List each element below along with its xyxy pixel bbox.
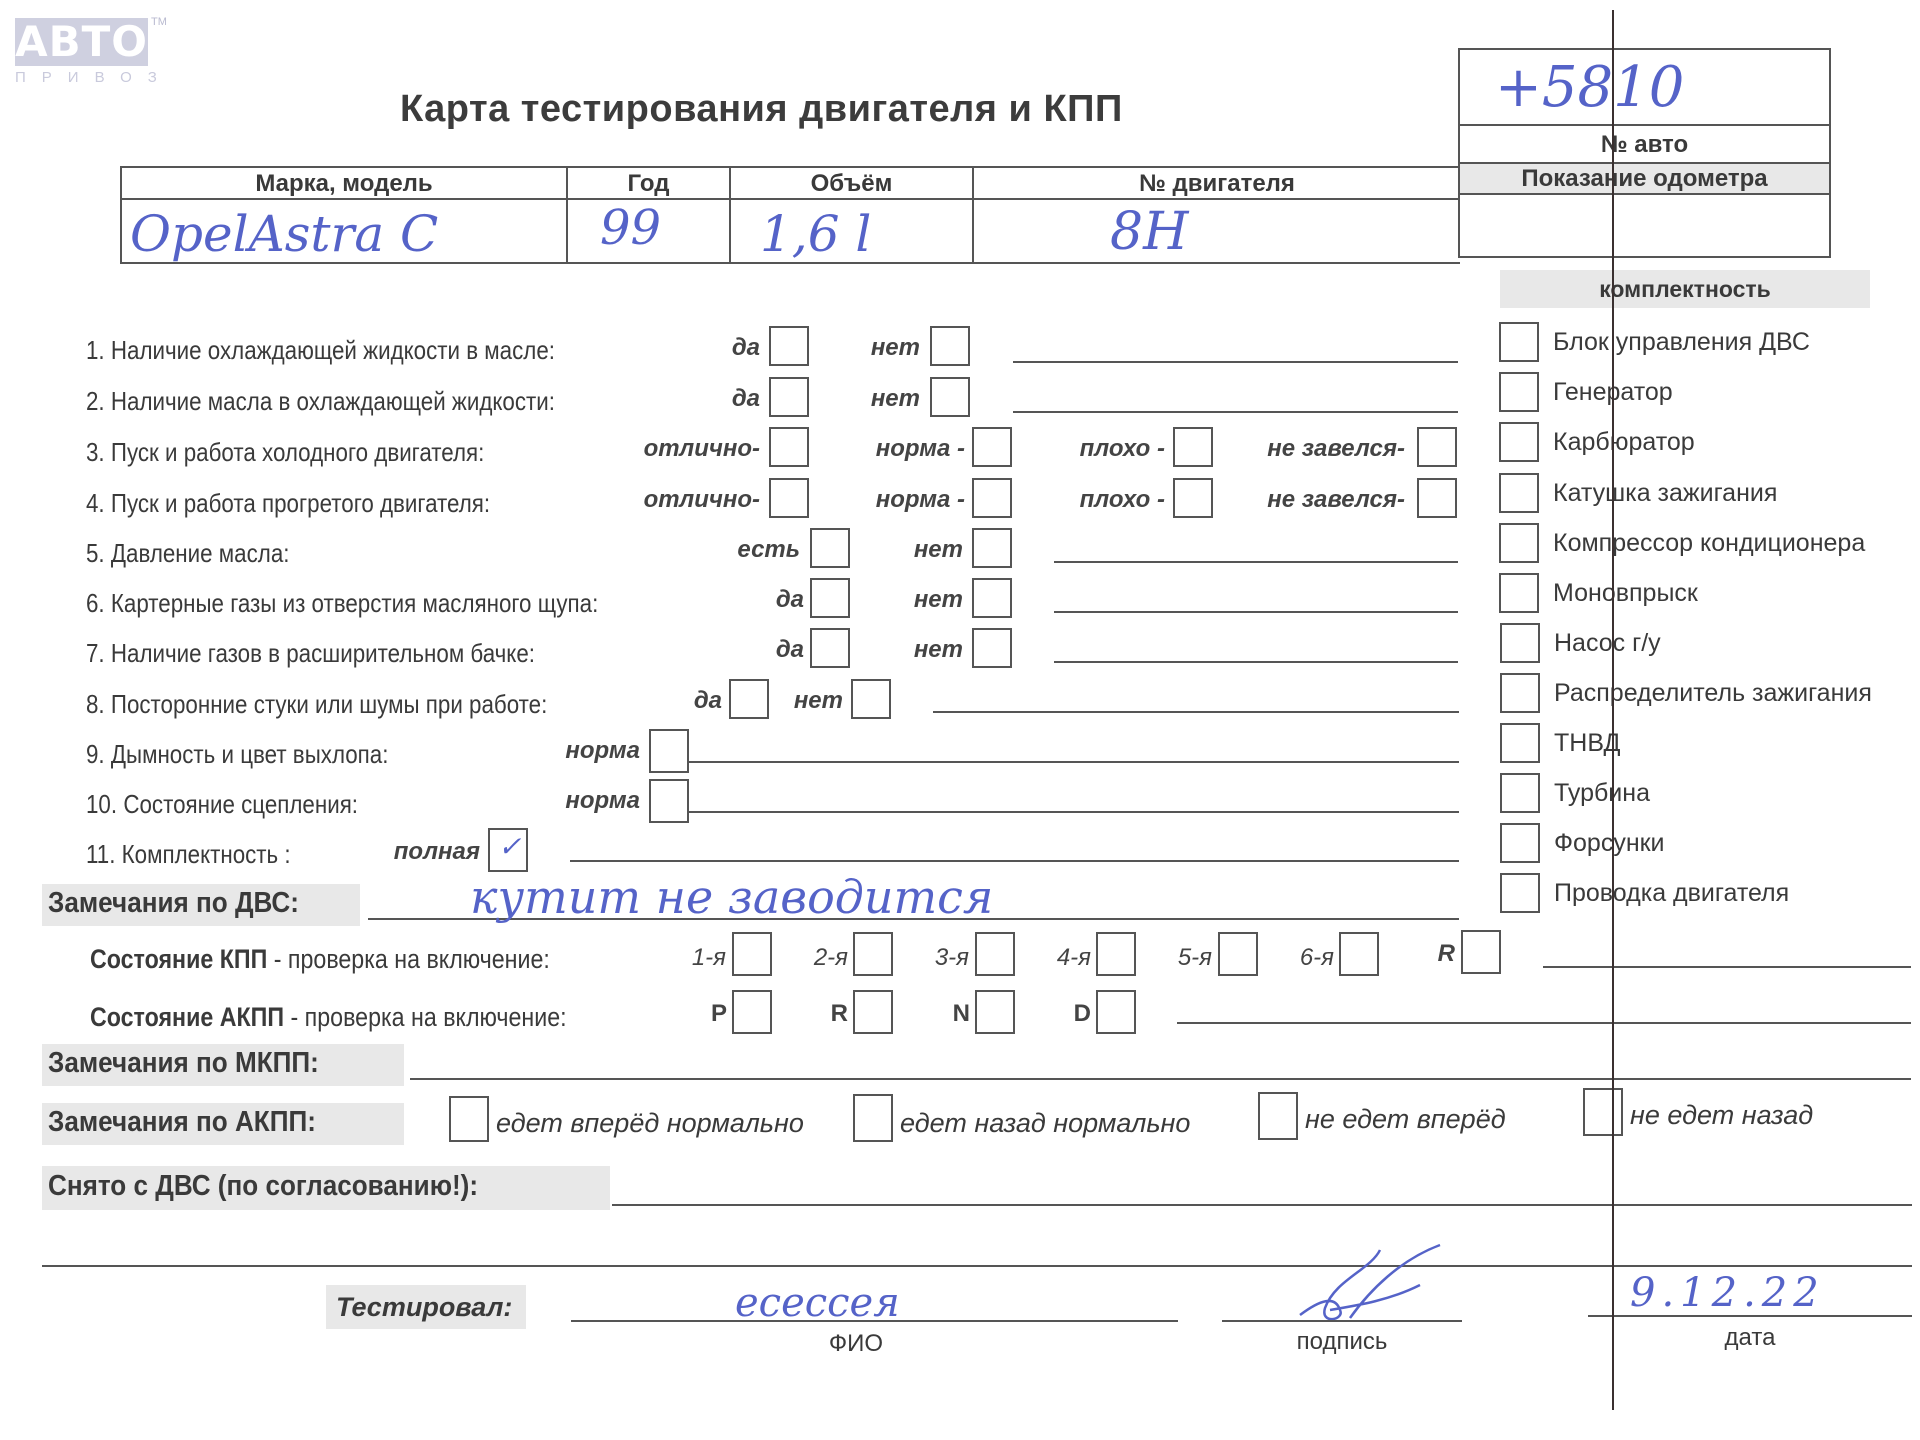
not-backward-checkbox[interactable] bbox=[1583, 1088, 1623, 1136]
completeness-item-turbine: Турбина bbox=[1554, 779, 1650, 808]
mode-d-checkbox[interactable] bbox=[1096, 990, 1136, 1034]
remarks-dvs-label: Замечания по ДВС: bbox=[48, 887, 299, 920]
question-8: 8. Посторонние стуки или шумы при работе… bbox=[86, 689, 547, 720]
engine-number-field[interactable]: 8H bbox=[1110, 202, 1188, 262]
q11-full-label: полная bbox=[370, 838, 480, 866]
completeness-checkbox-engine-wiring[interactable] bbox=[1500, 873, 1540, 913]
gear-r-checkbox[interactable] bbox=[1461, 930, 1501, 974]
q8-yes-label: да bbox=[660, 687, 722, 715]
logo: АВТО bbox=[15, 18, 148, 66]
completeness-header: комплектность bbox=[1500, 276, 1870, 303]
drives-forward-ok-label: едет вперёд нормально bbox=[496, 1108, 804, 1139]
date-field[interactable]: 9.12.22 bbox=[1630, 1270, 1825, 1316]
completeness-item-carburetor: Карбюратор bbox=[1553, 428, 1695, 457]
question-1: 1. Наличие охлаждающей жидкости в масле: bbox=[86, 335, 555, 366]
q5-no-checkbox[interactable] bbox=[972, 528, 1012, 568]
q5-notes-line[interactable] bbox=[1054, 561, 1458, 563]
question-10: 10. Состояние сцепления: bbox=[86, 789, 358, 820]
q1-notes-line[interactable] bbox=[1013, 361, 1458, 363]
name-caption: ФИО bbox=[571, 1330, 1141, 1358]
q1-option-no-label: нет bbox=[840, 334, 920, 362]
q6-yes-checkbox[interactable] bbox=[810, 578, 850, 618]
q1-yes-checkbox[interactable] bbox=[769, 326, 809, 366]
q9-normal-label: норма bbox=[540, 737, 640, 765]
q5-no-label: нет bbox=[880, 536, 963, 564]
q3-bad-label: плохо - bbox=[1040, 435, 1165, 463]
completeness-checkbox-power-steering-pump[interactable] bbox=[1500, 623, 1540, 663]
completeness-checkbox-carburetor[interactable] bbox=[1499, 422, 1539, 462]
question-4: 4. Пуск и работа прогретого двигателя: bbox=[86, 488, 490, 519]
mode-n-checkbox[interactable] bbox=[975, 990, 1015, 1034]
remarks-akpp-label: Замечания по АКПП: bbox=[48, 1106, 316, 1139]
q6-no-label: нет bbox=[880, 586, 963, 614]
q3-bad-checkbox[interactable] bbox=[1173, 427, 1213, 467]
q8-notes-line[interactable] bbox=[933, 711, 1459, 713]
mode-p-checkbox[interactable] bbox=[732, 990, 772, 1034]
completeness-item-fuel-pump: ТНВД bbox=[1554, 729, 1620, 758]
q6-yes-label: да bbox=[720, 586, 804, 614]
q7-yes-checkbox[interactable] bbox=[810, 628, 850, 668]
fold-line bbox=[1612, 10, 1614, 1410]
not-forward-checkbox[interactable] bbox=[1258, 1092, 1298, 1140]
q2-option-no-label: нет bbox=[840, 385, 920, 413]
odometer-label: Показание одометра bbox=[1460, 165, 1829, 193]
completeness-item-power-steering-pump: Насос г/у bbox=[1554, 629, 1661, 658]
drives-backward-ok-checkbox[interactable] bbox=[853, 1094, 893, 1142]
gear-2-checkbox[interactable] bbox=[853, 932, 893, 976]
mode-r-checkbox[interactable] bbox=[853, 990, 893, 1034]
odometer-field[interactable] bbox=[1460, 195, 1829, 256]
completeness-checkbox-mono-injection[interactable] bbox=[1499, 573, 1539, 613]
header-year: Год bbox=[568, 170, 729, 198]
q3-not-started-label: не завелся- bbox=[1240, 435, 1405, 463]
gear-6-label: 6-я bbox=[1284, 944, 1334, 972]
completeness-item-ac-compressor: Компрессор кондиционера bbox=[1553, 529, 1865, 558]
q8-yes-checkbox[interactable] bbox=[729, 679, 769, 719]
remarks-mkpp-label: Замечания по МКПП: bbox=[48, 1047, 319, 1080]
question-3: 3. Пуск и работа холодного двигателя: bbox=[86, 437, 484, 468]
completeness-checkbox-turbine[interactable] bbox=[1500, 773, 1540, 813]
volume-field[interactable]: 1,6 l bbox=[760, 205, 871, 263]
completeness-item-mono-injection: Моновпрыск bbox=[1553, 579, 1698, 608]
q4-bad-checkbox[interactable] bbox=[1173, 478, 1213, 518]
header-volume: Объём bbox=[731, 170, 972, 198]
q4-bad-label: плохо - bbox=[1040, 486, 1165, 514]
kpp-notes-line[interactable] bbox=[1543, 966, 1911, 968]
q4-normal-checkbox[interactable] bbox=[972, 478, 1012, 518]
q4-normal-label: норма - bbox=[830, 486, 965, 514]
akpp-label: Состояние АКПП - проверка на включение: bbox=[90, 1002, 567, 1033]
q6-notes-line[interactable] bbox=[1054, 611, 1458, 613]
q3-normal-checkbox[interactable] bbox=[972, 427, 1012, 467]
question-6: 6. Картерные газы из отверстия масляного… bbox=[86, 588, 598, 619]
q9-notes-line[interactable] bbox=[689, 761, 1459, 763]
q7-yes-label: да bbox=[720, 636, 804, 664]
tested-by-label: Тестировал: bbox=[336, 1292, 512, 1323]
mode-r-label: R bbox=[821, 1000, 848, 1028]
q10-normal-checkbox[interactable] bbox=[649, 779, 689, 823]
completeness-checkbox-distributor[interactable] bbox=[1500, 673, 1540, 713]
q3-normal-label: норма - bbox=[830, 435, 965, 463]
q2-no-checkbox[interactable] bbox=[930, 377, 970, 417]
completeness-checkbox-ecu[interactable] bbox=[1499, 322, 1539, 362]
q7-notes-line[interactable] bbox=[1054, 661, 1458, 663]
q10-normal-label: норма bbox=[540, 787, 640, 815]
gear-5-label: 5-я bbox=[1162, 944, 1212, 972]
q10-notes-line[interactable] bbox=[689, 811, 1459, 813]
gear-5-checkbox[interactable] bbox=[1218, 932, 1258, 976]
kpp-label: Состояние КПП - проверка на включение: bbox=[90, 944, 550, 975]
drives-backward-ok-label: едет назад нормально bbox=[900, 1108, 1190, 1139]
q3-excellent-label: отлично- bbox=[600, 435, 760, 463]
remarks-dvs-field[interactable]: кутит не заводится bbox=[470, 870, 993, 924]
gear-r-label: R bbox=[1420, 940, 1455, 968]
question-2: 2. Наличие масла в охлаждающей жидкости: bbox=[86, 386, 555, 417]
completeness-item-distributor: Распределитель зажигания bbox=[1554, 679, 1872, 708]
question-11: 11. Комплектность : bbox=[86, 839, 291, 870]
q4-not-started-checkbox[interactable] bbox=[1417, 478, 1457, 518]
completeness-checkbox-generator[interactable] bbox=[1499, 372, 1539, 412]
logo-trademark: TM bbox=[151, 16, 167, 28]
gear-4-label: 4-я bbox=[1041, 944, 1091, 972]
check-mark-icon: ✓ bbox=[498, 830, 521, 863]
completeness-checkbox-ignition-coil[interactable] bbox=[1499, 473, 1539, 513]
question-9: 9. Дымность и цвет выхлопа: bbox=[86, 739, 388, 770]
q3-excellent-checkbox[interactable] bbox=[769, 427, 809, 467]
q2-notes-line[interactable] bbox=[1013, 411, 1458, 413]
question-7: 7. Наличие газов в расширительном бачке: bbox=[86, 638, 535, 669]
car-number-field[interactable]: +5810 bbox=[1495, 55, 1684, 120]
gear-4-checkbox[interactable] bbox=[1096, 932, 1136, 976]
mode-d-label: D bbox=[1064, 1000, 1091, 1028]
date-caption: дата bbox=[1588, 1324, 1912, 1352]
logo-subtitle: ПРИВОЗ bbox=[15, 69, 173, 86]
signature-caption: подпись bbox=[1222, 1328, 1462, 1356]
drives-forward-ok-checkbox[interactable] bbox=[449, 1096, 489, 1142]
completeness-checkbox-ac-compressor[interactable] bbox=[1499, 523, 1539, 563]
q7-no-checkbox[interactable] bbox=[972, 628, 1012, 668]
remarks-mkpp-field[interactable] bbox=[410, 1078, 1911, 1080]
car-number-label: № авто bbox=[1460, 131, 1829, 159]
completeness-checkbox-fuel-pump[interactable] bbox=[1500, 723, 1540, 763]
q6-no-checkbox[interactable] bbox=[972, 578, 1012, 618]
gear-6-checkbox[interactable] bbox=[1339, 932, 1379, 976]
q9-normal-checkbox[interactable] bbox=[649, 729, 689, 773]
make-model-field[interactable]: OpelAstra C bbox=[130, 205, 438, 263]
removed-parts-field[interactable] bbox=[612, 1204, 1912, 1206]
q5-yes-label: есть bbox=[700, 536, 800, 564]
q8-no-checkbox[interactable] bbox=[851, 679, 891, 719]
completeness-checkbox-injectors[interactable] bbox=[1500, 823, 1540, 863]
mode-p-label: P bbox=[700, 1000, 727, 1028]
removed-parts-label: Снято с ДВС (по согласованию!): bbox=[48, 1170, 478, 1203]
gear-3-checkbox[interactable] bbox=[975, 932, 1015, 976]
q4-not-started-label: не завелся- bbox=[1240, 486, 1405, 514]
gear-1-checkbox[interactable] bbox=[732, 932, 772, 976]
q2-option-yes-label: да bbox=[680, 385, 760, 413]
gear-3-label: 3-я bbox=[919, 944, 969, 972]
completeness-item-ignition-coil: Катушка зажигания bbox=[1553, 479, 1777, 508]
page-title: Карта тестирования двигателя и КПП bbox=[400, 88, 1123, 131]
mode-n-label: N bbox=[943, 1000, 970, 1028]
q3-not-started-checkbox[interactable] bbox=[1417, 427, 1457, 467]
not-forward-label: не едет вперёд bbox=[1305, 1104, 1506, 1135]
completeness-item-injectors: Форсунки bbox=[1554, 829, 1665, 858]
question-5: 5. Давление масла: bbox=[86, 538, 289, 569]
completeness-item-ecu: Блок управления ДВС bbox=[1553, 328, 1810, 357]
akpp-notes-line[interactable] bbox=[1177, 1022, 1911, 1024]
q11-full-checkbox[interactable]: ✓ bbox=[488, 828, 528, 872]
gear-1-label: 1-я bbox=[676, 944, 726, 972]
year-field[interactable]: 99 bbox=[600, 200, 661, 256]
gear-2-label: 2-я bbox=[798, 944, 848, 972]
q8-no-label: нет bbox=[780, 687, 843, 715]
signature-field[interactable] bbox=[1290, 1240, 1450, 1330]
header-make-model: Марка, модель bbox=[122, 170, 566, 198]
q1-option-yes-label: да bbox=[680, 334, 760, 362]
q4-excellent-label: отлично- bbox=[600, 486, 760, 514]
q5-yes-checkbox[interactable] bbox=[810, 528, 850, 568]
q4-excellent-checkbox[interactable] bbox=[769, 478, 809, 518]
completeness-item-engine-wiring: Проводка двигателя bbox=[1554, 879, 1789, 908]
header-engine-number: № двигателя bbox=[974, 170, 1460, 198]
not-backward-label: не едет назад bbox=[1630, 1100, 1813, 1131]
q1-no-checkbox[interactable] bbox=[930, 326, 970, 366]
q7-no-label: нет bbox=[880, 636, 963, 664]
q2-yes-checkbox[interactable] bbox=[769, 377, 809, 417]
q11-notes-line[interactable] bbox=[570, 860, 1459, 862]
